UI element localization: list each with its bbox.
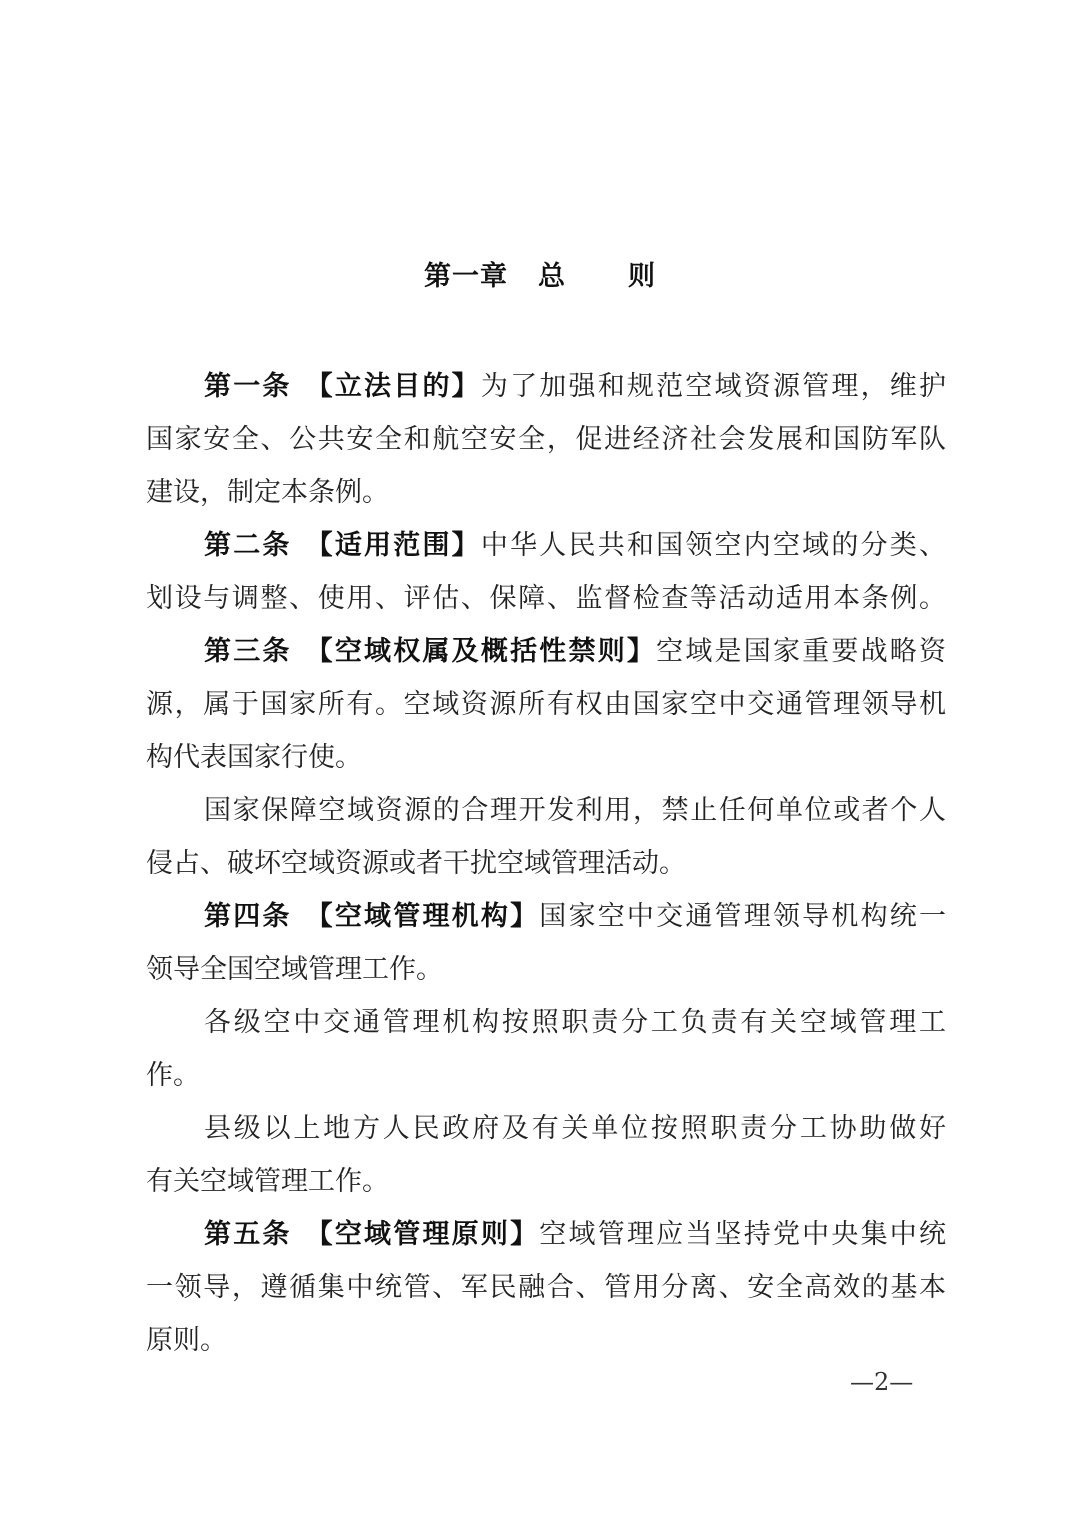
- article-line: 源，属于国家所有。空域资源所有权由国家空中交通管理领导机: [146, 678, 946, 731]
- article-line: 有关空域管理工作。: [146, 1155, 946, 1208]
- chapter-body: 第一条【立法目的】为了加强和规范空域资源管理，维护 国家安全、公共安全和航空安全…: [146, 360, 946, 1367]
- chapter-title: 第一章总则: [0, 254, 1080, 293]
- chapter-word-1: 总: [538, 261, 566, 292]
- article-line: 国家安全、公共安全和航空安全，促进经济社会发展和国防军队: [146, 413, 946, 466]
- article-line: 第五条【空域管理原则】空域管理应当坚持党中央集中统: [146, 1208, 946, 1261]
- article-line: 构代表国家行使。: [146, 731, 946, 784]
- article-number: 第一条: [204, 371, 292, 402]
- article-number: 第五条: [204, 1219, 292, 1250]
- article-4-paragraph-3: 县级以上地方人民政府及有关单位按照职责分工协助做好 有关空域管理工作。: [146, 1102, 946, 1208]
- article-heading: 【空域权属及概括性禁则】: [306, 636, 657, 667]
- article-heading: 【立法目的】: [306, 371, 481, 402]
- article-line: 作。: [146, 1049, 946, 1102]
- article-line: 各级空中交通管理机构按照职责分工负责有关空域管理工: [146, 996, 946, 1049]
- chapter-number: 第一章: [424, 261, 508, 292]
- article-line: 第二条【适用范围】中华人民共和国领空内空域的分类、: [146, 519, 946, 572]
- article-line: 第四条【空域管理机构】国家空中交通管理领导机构统一: [146, 890, 946, 943]
- article-4-paragraph-2: 各级空中交通管理机构按照职责分工负责有关空域管理工 作。: [146, 996, 946, 1102]
- article-number: 第二条: [204, 530, 292, 561]
- document-page: 第一章总则 第一条【立法目的】为了加强和规范空域资源管理，维护 国家安全、公共安…: [0, 0, 1080, 1527]
- article-text: 空域是国家重要战略资: [656, 636, 946, 667]
- article-heading: 【空域管理原则】: [306, 1219, 540, 1250]
- article-1: 第一条【立法目的】为了加强和规范空域资源管理，维护 国家安全、公共安全和航空安全…: [146, 360, 946, 519]
- article-number: 第三条: [204, 636, 292, 667]
- article-line: 领导全国空域管理工作。: [146, 943, 946, 996]
- article-line: 侵占、破坏空域资源或者干扰空域管理活动。: [146, 837, 946, 890]
- article-3-paragraph-2: 国家保障空域资源的合理开发利用，禁止任何单位或者个人 侵占、破坏空域资源或者干扰…: [146, 784, 946, 890]
- article-3: 第三条【空域权属及概括性禁则】空域是国家重要战略资 源，属于国家所有。空域资源所…: [146, 625, 946, 784]
- article-line: 第三条【空域权属及概括性禁则】空域是国家重要战略资: [146, 625, 946, 678]
- article-text: 为了加强和规范空域资源管理，维护: [481, 371, 946, 402]
- page-number: —2—: [850, 1368, 913, 1396]
- article-line: 划设与调整、使用、评估、保障、监督检查等活动适用本条例。: [146, 572, 946, 625]
- article-line: 建设，制定本条例。: [146, 466, 946, 519]
- article-heading: 【空域管理机构】: [306, 901, 540, 932]
- article-number: 第四条: [204, 901, 292, 932]
- article-2: 第二条【适用范围】中华人民共和国领空内空域的分类、 划设与调整、使用、评估、保障…: [146, 519, 946, 625]
- article-4: 第四条【空域管理机构】国家空中交通管理领导机构统一 领导全国空域管理工作。: [146, 890, 946, 996]
- article-line: 一领导，遵循集中统管、军民融合、管用分离、安全高效的基本: [146, 1261, 946, 1314]
- article-text: 国家空中交通管理领导机构统一: [539, 901, 946, 932]
- article-line: 原则。: [146, 1314, 946, 1367]
- article-text: 中华人民共和国领空内空域的分类、: [481, 530, 946, 561]
- article-heading: 【适用范围】: [306, 530, 481, 561]
- chapter-word-2: 则: [628, 261, 656, 292]
- article-line: 国家保障空域资源的合理开发利用，禁止任何单位或者个人: [146, 784, 946, 837]
- article-5: 第五条【空域管理原则】空域管理应当坚持党中央集中统 一领导，遵循集中统管、军民融…: [146, 1208, 946, 1367]
- article-line: 县级以上地方人民政府及有关单位按照职责分工协助做好: [146, 1102, 946, 1155]
- article-line: 第一条【立法目的】为了加强和规范空域资源管理，维护: [146, 360, 946, 413]
- article-text: 空域管理应当坚持党中央集中统: [539, 1219, 946, 1250]
